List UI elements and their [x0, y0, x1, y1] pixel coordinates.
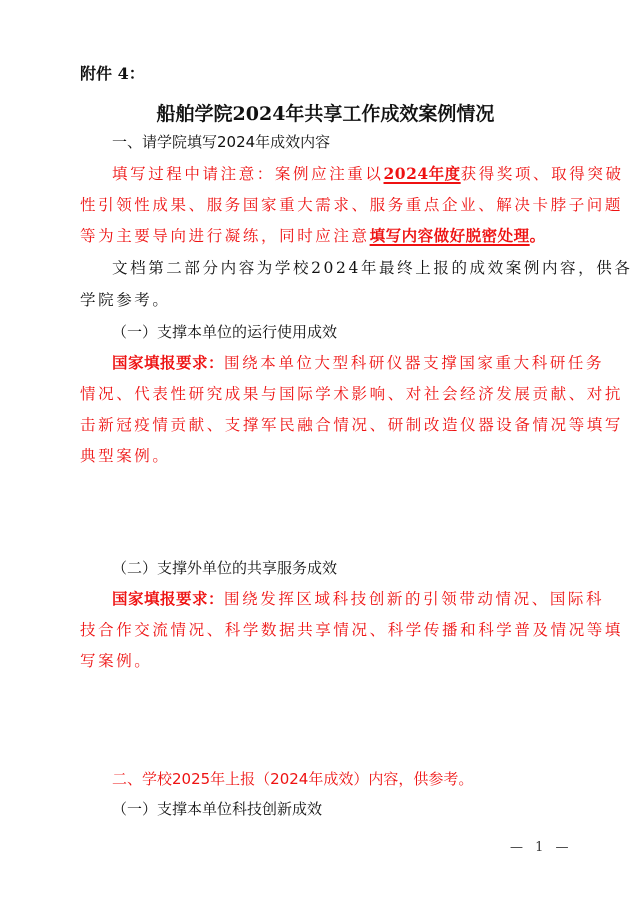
sub2-requirement-line-1: 国家填报要求：围绕发挥区域科技创新的引领带动情况、国际科 [112, 589, 604, 609]
notice-line3-end: 。 [530, 226, 548, 245]
notice-line3-prefix: 等为主要导向进行凝练，同时应注意 [80, 227, 370, 245]
attachment-label: 附件 4： [80, 64, 145, 84]
sub1-heading: （一）支撑本单位的运行使用成效 [112, 322, 337, 342]
notice-emphasis-year: 2024年度 [384, 164, 461, 183]
sub1-requirement-line-3: 击新冠疫情贡献、支撑军民融合情况、研制改造仪器设备情况等填写 [80, 415, 623, 435]
sub2-requirement-label: 国家填报要求： [112, 589, 224, 608]
notice-line-1: 填写过程中请注意：案例应注重以2024年度获得奖项、取得突破 [112, 164, 624, 184]
sub2-requirement-line-3: 写案例。 [80, 651, 152, 671]
notice-line-2: 性引领性成果、服务国家重大需求、服务重点企业、解决卡脖子问题 [80, 195, 623, 215]
notice-emphasis-declassify: 填写内容做好脱密处理 [370, 226, 530, 245]
page-number: — 1 — [510, 840, 573, 855]
notice-line-3: 等为主要导向进行凝练，同时应注意填写内容做好脱密处理。 [80, 226, 548, 246]
document-title: 船舶学院2024年共享工作成效案例情况 [0, 102, 639, 126]
section1-heading: 一、请学院填写2024年成效内容 [112, 132, 330, 152]
sub2-requirement-line-2: 技合作交流情况、科学数据共享情况、科学传播和科学普及情况等填 [80, 620, 623, 640]
section2-heading: 二、学校2025年上报（2024年成效）内容，供参考。 [112, 769, 473, 789]
reference-note-line-1: 文档第二部分内容为学校2024年最终上报的成效案例内容，供各 [112, 258, 632, 278]
sub1-requirement-line-1: 国家填报要求：围绕本单位大型科研仪器支撑国家重大科研任务 [112, 353, 604, 373]
sub1-requirement-line-2: 情况、代表性研究成果与国际学术影响、对社会经济发展贡献、对抗 [80, 384, 623, 404]
notice-line1-rest: 获得奖项、取得突破 [461, 165, 624, 183]
document-page: 附件 4： 船舶学院2024年共享工作成效案例情况 一、请学院填写2024年成效… [0, 0, 639, 904]
reference-note-line-2: 学院参考。 [80, 290, 171, 310]
sub2-heading: （二）支撑外单位的共享服务成效 [112, 558, 337, 578]
sub1-requirement-text: 围绕本单位大型科研仪器支撑国家重大科研任务 [224, 354, 604, 372]
notice-prefix: 填写过程中请注意：案例应注重以 [112, 165, 384, 183]
section2-sub1-heading: （一）支撑本单位科技创新成效 [112, 799, 322, 819]
sub1-requirement-line-4: 典型案例。 [80, 446, 171, 466]
sub1-requirement-label: 国家填报要求： [112, 353, 224, 372]
sub2-requirement-text: 围绕发挥区域科技创新的引领带动情况、国际科 [224, 590, 604, 608]
